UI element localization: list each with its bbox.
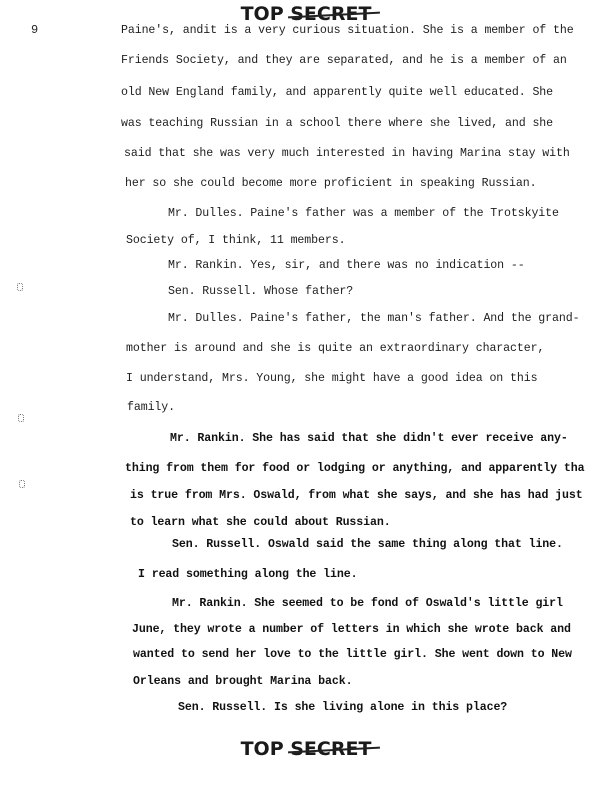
text-line: old New England family, and apparently q…	[121, 86, 553, 99]
classification-stamp-top: TOP SECRET	[0, 3, 612, 25]
text-line: Mr. Rankin. She has said that she didn't…	[170, 432, 568, 445]
text-line: her so she could become more proficient …	[125, 177, 536, 190]
text-line: Mr. Dulles. Paine's father, the man's fa…	[168, 312, 579, 325]
text-line: was teaching Russian in a school there w…	[121, 117, 553, 130]
text-line: thing from them for food or lodging or a…	[125, 462, 584, 475]
page-number: 9	[31, 23, 38, 37]
text-line: Paine's, andit is a very curious situati…	[121, 24, 574, 37]
margin-punch-mark	[17, 283, 23, 291]
text-line: I read something along the line.	[138, 568, 357, 581]
text-line: to learn what she could about Russian.	[130, 516, 391, 529]
text-line: Mr. Dulles. Paine's father was a member …	[168, 207, 559, 220]
margin-punch-mark	[19, 480, 25, 488]
text-line: Sen. Russell. Is she living alone in thi…	[178, 701, 507, 714]
text-line: family.	[127, 401, 175, 414]
text-line: June, they wrote a number of letters in …	[132, 623, 571, 636]
text-line: Orleans and brought Marina back.	[133, 675, 352, 688]
text-line: I understand, Mrs. Young, she might have…	[126, 372, 537, 385]
text-line: Sen. Russell. Whose father?	[168, 285, 353, 298]
margin-punch-mark	[18, 414, 24, 422]
text-line: Mr. Rankin. She seemed to be fond of Osw…	[172, 597, 563, 610]
classification-stamp-bottom: TOP SECRET	[0, 738, 612, 760]
text-line: wanted to send her love to the little gi…	[133, 648, 572, 661]
text-line: said that she was very much interested i…	[124, 147, 570, 160]
text-line: Sen. Russell. Oswald said the same thing…	[172, 538, 563, 551]
text-line: is true from Mrs. Oswald, from what she …	[130, 489, 583, 502]
text-line: Society of, I think, 11 members.	[126, 234, 345, 247]
document-page: TOP SECRET 9 Paine's, andit is a very cu…	[0, 0, 612, 791]
text-line: mother is around and she is quite an ext…	[126, 342, 544, 355]
text-line: Mr. Rankin. Yes, sir, and there was no i…	[168, 259, 525, 272]
text-line: Friends Society, and they are separated,…	[121, 54, 567, 67]
